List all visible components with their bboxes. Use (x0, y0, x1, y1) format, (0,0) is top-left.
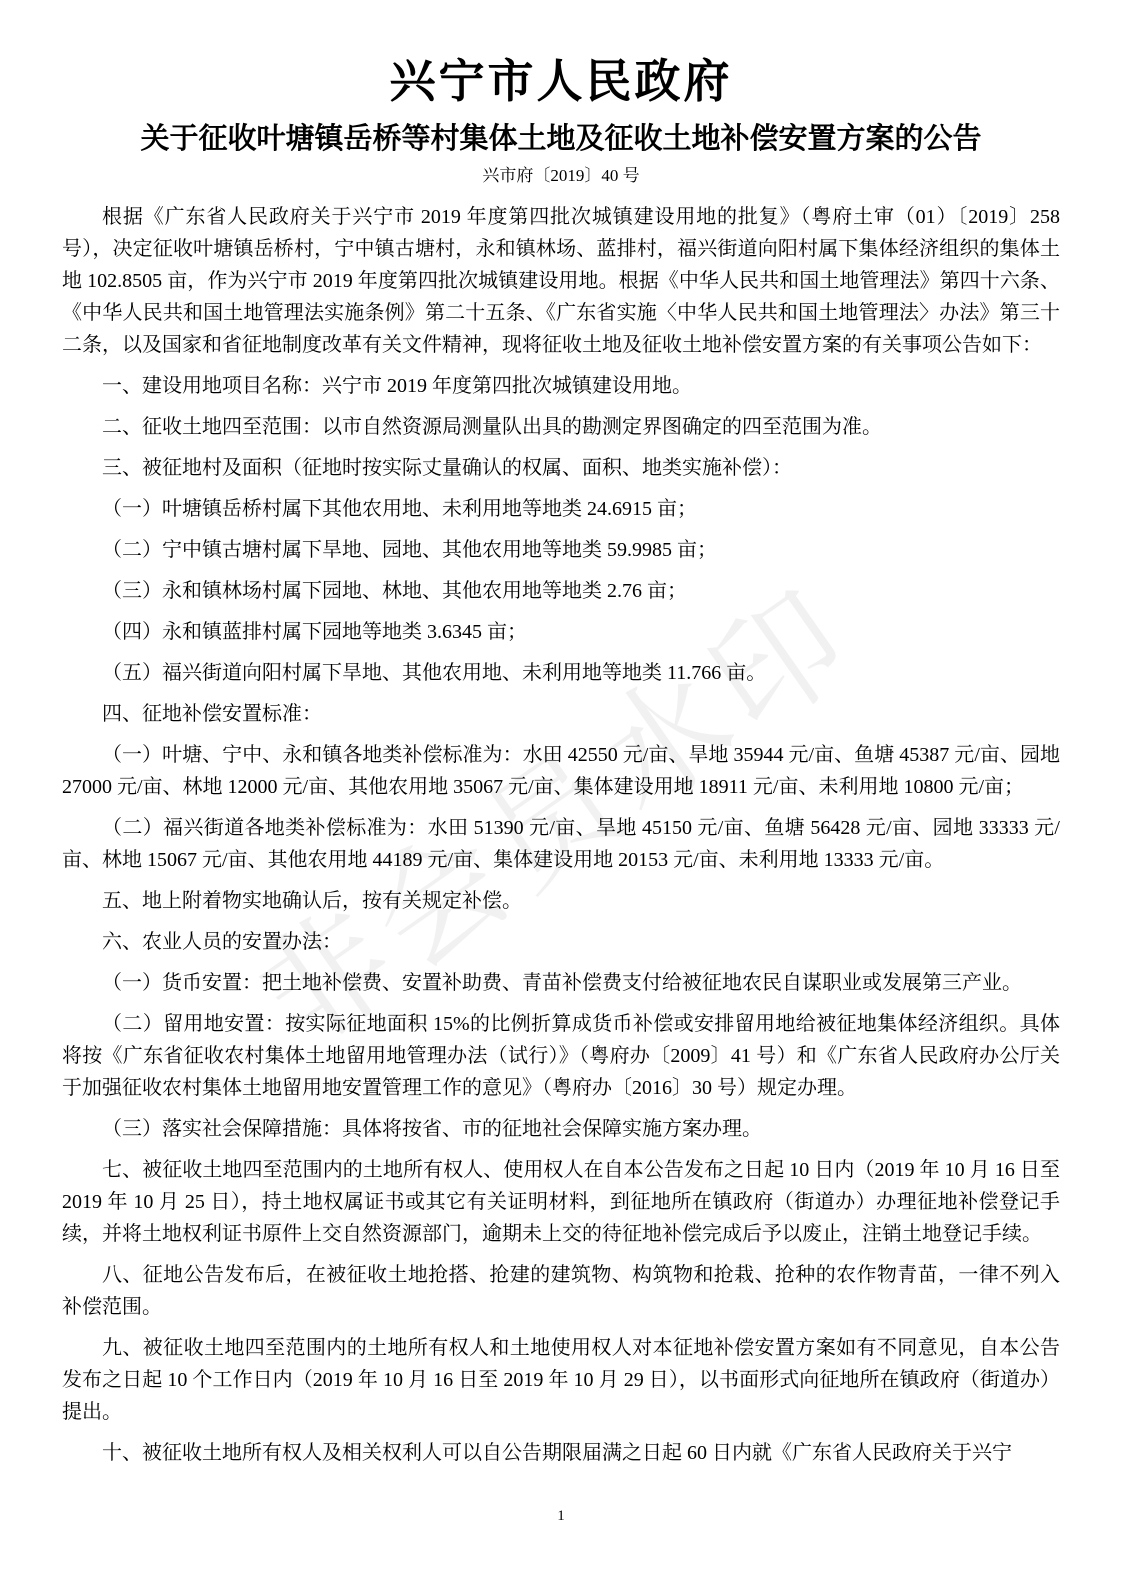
document-content: 兴宁市人民政府 关于征收叶塘镇岳桥等村集体土地及征收土地补偿安置方案的公告 兴市… (0, 0, 1122, 1469)
document-page: 非会员水印 兴宁市人民政府 关于征收叶塘镇岳桥等村集体土地及征收土地补偿安置方案… (0, 0, 1122, 1587)
paragraph-item-6: 六、农业人员的安置办法： (62, 926, 1060, 958)
paragraph-item-5: 五、地上附着物实地确认后，按有关规定补偿。 (62, 885, 1060, 917)
paragraph-intro: 根据《广东省人民政府关于兴宁市 2019 年度第四批次城镇建设用地的批复》（粤府… (62, 201, 1060, 361)
paragraph-item-3-sub-2: （二）宁中镇古塘村属下旱地、园地、其他农用地等地类 59.9985 亩； (62, 534, 1060, 566)
paragraph-item-4-sub-2: （二）福兴街道各地类补偿标准为：水田 51390 元/亩、旱地 45150 元/… (62, 812, 1060, 876)
paragraph-item-3-sub-4: （四）永和镇蓝排村属下园地等地类 3.6345 亩； (62, 616, 1060, 648)
paragraph-item-1: 一、建设用地项目名称：兴宁市 2019 年度第四批次城镇建设用地。 (62, 370, 1060, 402)
document-title: 兴宁市人民政府 (62, 54, 1060, 109)
paragraph-item-6-sub-3: （三）落实社会保障措施：具体将按省、市的征地社会保障实施方案办理。 (62, 1113, 1060, 1145)
paragraph-item-4-sub-1: （一）叶塘、宁中、永和镇各地类补偿标准为：水田 42550 元/亩、旱地 359… (62, 739, 1060, 803)
paragraph-item-9: 九、被征收土地四至范围内的土地所有权人和土地使用权人对本征地补偿安置方案如有不同… (62, 1332, 1060, 1428)
document-number: 兴市府〔2019〕40 号 (62, 165, 1060, 187)
paragraph-item-3-sub-5: （五）福兴街道向阳村属下旱地、其他农用地、未利用地等地类 11.766 亩。 (62, 657, 1060, 689)
paragraph-item-8: 八、征地公告发布后，在被征收土地抢搭、抢建的建筑物、构筑物和抢栽、抢种的农作物青… (62, 1259, 1060, 1323)
paragraph-item-4: 四、征地补偿安置标准： (62, 698, 1060, 730)
paragraph-item-3-sub-3: （三）永和镇林场村属下园地、林地、其他农用地等地类 2.76 亩； (62, 575, 1060, 607)
paragraph-item-3-sub-1: （一）叶塘镇岳桥村属下其他农用地、未利用地等地类 24.6915 亩； (62, 493, 1060, 525)
document-subtitle: 关于征收叶塘镇岳桥等村集体土地及征收土地补偿安置方案的公告 (62, 121, 1060, 157)
paragraph-item-10: 十、被征收土地所有权人及相关权利人可以自公告期限届满之日起 60 日内就《广东省… (62, 1437, 1060, 1469)
page-number: 1 (0, 1508, 1122, 1525)
paragraph-item-2: 二、征收土地四至范围：以市自然资源局测量队出具的勘测定界图确定的四至范围为准。 (62, 411, 1060, 443)
paragraph-item-6-sub-2: （二）留用地安置：按实际征地面积 15%的比例折算成货币补偿或安排留用地给被征地… (62, 1008, 1060, 1104)
paragraph-item-7: 七、被征收土地四至范围内的土地所有权人、使用权人在自本公告发布之日起 10 日内… (62, 1154, 1060, 1250)
paragraph-item-3: 三、被征地村及面积（征地时按实际丈量确认的权属、面积、地类实施补偿）： (62, 452, 1060, 484)
paragraph-item-6-sub-1: （一）货币安置：把土地补偿费、安置补助费、青苗补偿费支付给被征地农民自谋职业或发… (62, 967, 1060, 999)
